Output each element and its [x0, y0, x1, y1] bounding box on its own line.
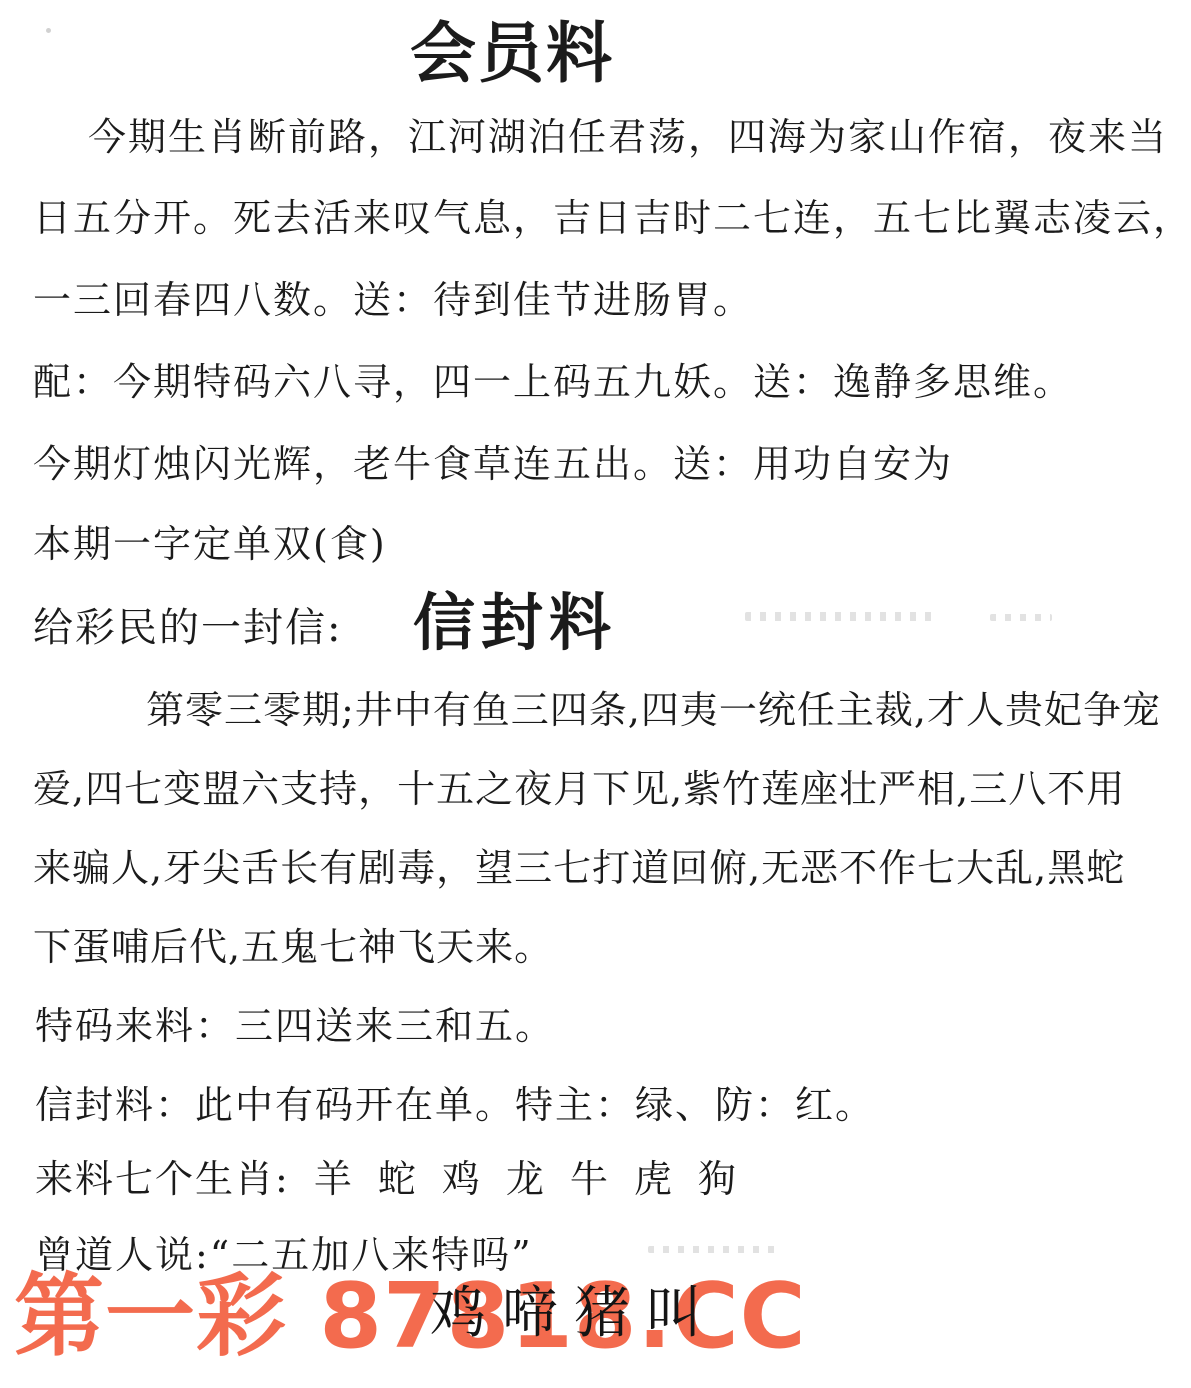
envelope-paragraph-line-1: 第零三零期;井中有鱼三四条,四夷一统任主裁,才人贵妃争宠: [146, 691, 1161, 729]
member-candle-line: 今期灯烛闪光辉，老牛食草连五出。送：用功自安为: [33, 445, 953, 483]
scan-noise: [990, 614, 1052, 621]
zodiac-snake: 蛇: [378, 1160, 418, 1198]
envelope-code-line: 信封料：此中有码开在单。特主：绿、防：红。: [35, 1086, 875, 1124]
special-code-line: 特码来料：三四送来三和五。: [35, 1007, 555, 1045]
member-pei-line: 配：今期特码六八寻，四一上码五九妖。送：逸静多思维。: [33, 363, 1073, 401]
scanned-lottery-tip-sheet: 会员料 今期生肖断前路，江河湖泊任君荡，四海为家山作宿，夜来当 日五分开。死去活…: [0, 0, 1191, 1388]
zodiac-ox: 牛: [570, 1160, 610, 1198]
member-paragraph-line-1: 今期生肖断前路，江河湖泊任君荡，四海为家山作宿，夜来当: [88, 118, 1168, 156]
member-paragraph-line-2: 日五分开。死去活来叹气息，吉日吉时二七连，五七比翼志凌云，: [33, 199, 1191, 237]
envelope-paragraph-line-4: 下蛋哺后代,五鬼七神飞天来。: [33, 928, 553, 966]
footer-phrase: 鸡啼猪叫: [430, 1286, 718, 1342]
envelope-paragraph-line-3: 来骗人,牙尖舌长有剧毒，望三七打道回俯,无恶不作七大乱,黑蛇: [33, 849, 1125, 887]
zodiac-line-label: 来料七个生肖:: [35, 1157, 290, 1201]
scan-noise: [745, 612, 935, 621]
envelope-paragraph-line-2: 爱,四七变盟六支持，十五之夜月下见,紫竹莲座壮严相,三八不用: [33, 770, 1125, 808]
member-section-title: 会员料: [410, 20, 614, 86]
member-paragraph-line-3: 一三回春四八数。送：待到佳节进肠胃。: [33, 281, 753, 319]
zodiac-line: 来料七个生肖:羊蛇鸡龙牛虎狗: [35, 1160, 738, 1198]
letter-to-punters-label: 给彩民的一封信:: [33, 608, 342, 648]
zodiac-dragon: 龙: [506, 1160, 546, 1198]
zodiac-rooster: 鸡: [442, 1160, 482, 1198]
envelope-section-title: 信封料: [413, 592, 617, 654]
scan-noise: [46, 28, 51, 33]
scan-noise: [648, 1246, 783, 1253]
zodiac-goat: 羊: [314, 1160, 354, 1198]
zodiac-tiger: 虎: [634, 1160, 674, 1198]
zodiac-dog: 狗: [698, 1160, 738, 1198]
member-single-double-line: 本期一字定单双(食): [33, 525, 387, 563]
